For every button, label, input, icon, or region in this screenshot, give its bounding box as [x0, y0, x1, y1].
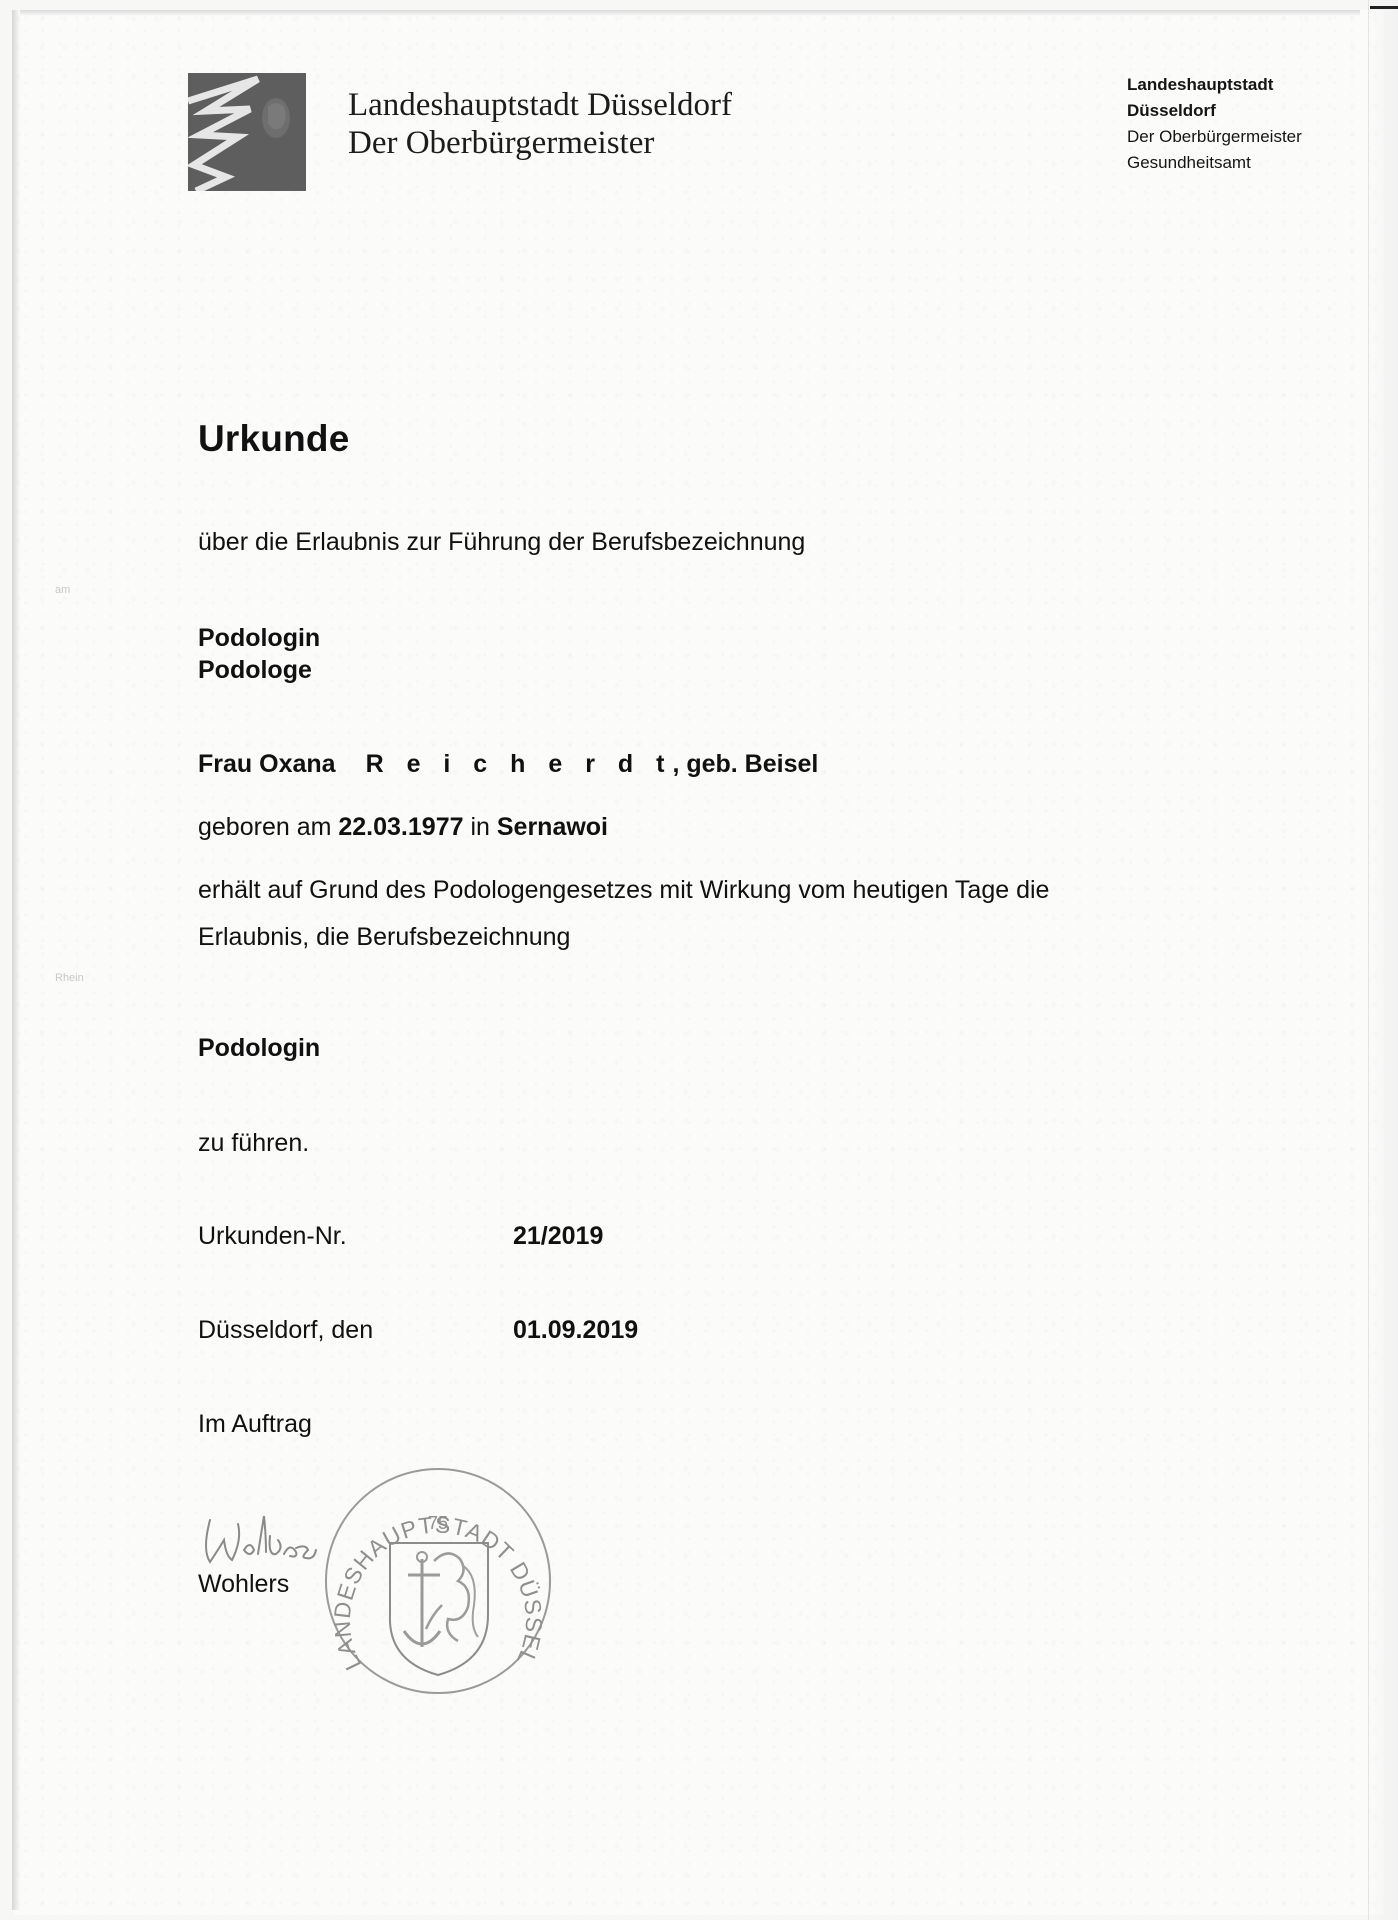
body-line-1: erhält auf Grund des Podologengesetzes m…	[198, 876, 1049, 905]
recipient-surname: R e i c h e r d t	[366, 750, 673, 778]
certificate-number-label: Urkunden-Nr.	[198, 1222, 347, 1251]
issuer-title-line2: Der Oberbürgermeister	[348, 124, 732, 162]
sender-line4: Gesundheitsamt	[1127, 150, 1302, 176]
scan-edge-left	[12, 10, 20, 1910]
recipient-first-name: Frau Oxana	[198, 750, 336, 778]
issue-date: 01.09.2019	[513, 1316, 638, 1345]
certificate-number: 21/2019	[513, 1222, 603, 1251]
sender-line3: Der Oberbürgermeister	[1127, 124, 1302, 150]
birth-line: geboren am 22.03.1977 in Sernawoi	[198, 813, 608, 842]
issuer-title: Landeshauptstadt Düsseldorf Der Oberbürg…	[348, 86, 732, 162]
on-behalf-label: Im Auftrag	[198, 1410, 312, 1439]
svg-text:75: 75	[428, 1513, 448, 1533]
title-male: Podologe	[198, 656, 312, 685]
official-seal-icon: LANDESHAUPTSTADT DÜSSELDORF 75	[322, 1465, 554, 1697]
scan-edge-right	[1368, 0, 1398, 1920]
sender-block: Landeshauptstadt Düsseldorf Der Oberbürg…	[1127, 72, 1302, 176]
recipient-birth-name: , geb. Beisel	[672, 750, 818, 778]
birth-mid: in	[464, 813, 497, 841]
title-female: Podologin	[198, 624, 320, 653]
signature-icon	[196, 1510, 326, 1570]
recipient-name: Frau OxanaR e i c h e r d t, geb. Beisel	[198, 750, 818, 779]
margin-note-2: Rhein	[55, 972, 84, 984]
signatory-name: Wohlers	[198, 1570, 289, 1599]
margin-note-1: am	[55, 584, 70, 596]
sender-line2: Düsseldorf	[1127, 98, 1302, 124]
document-page	[14, 10, 1384, 1915]
place-date-label: Düsseldorf, den	[198, 1316, 373, 1345]
seal-ring-text: LANDESHAUPTSTADT DÜSSELDORF	[322, 1465, 547, 1674]
document-subtitle: über die Erlaubnis zur Führung der Beruf…	[198, 528, 805, 557]
scan-edge-top	[20, 10, 1360, 16]
body-line-2: Erlaubnis, die Berufsbezeichnung	[198, 923, 570, 952]
document-heading: Urkunde	[198, 418, 349, 460]
granted-title: Podologin	[198, 1034, 320, 1063]
city-logo-icon	[188, 73, 306, 191]
birth-prefix: geboren am	[198, 813, 338, 841]
scan-corner-mark	[1370, 6, 1398, 9]
closing-text: zu führen.	[198, 1129, 309, 1158]
birth-place: Sernawoi	[497, 813, 608, 841]
birth-date: 22.03.1977	[338, 813, 463, 841]
sender-line1: Landeshauptstadt	[1127, 72, 1302, 98]
svg-text:LANDESHAUPTSTADT DÜSSELDORF: LANDESHAUPTSTADT DÜSSELDORF	[322, 1465, 547, 1674]
issuer-title-line1: Landeshauptstadt Düsseldorf	[348, 86, 732, 124]
